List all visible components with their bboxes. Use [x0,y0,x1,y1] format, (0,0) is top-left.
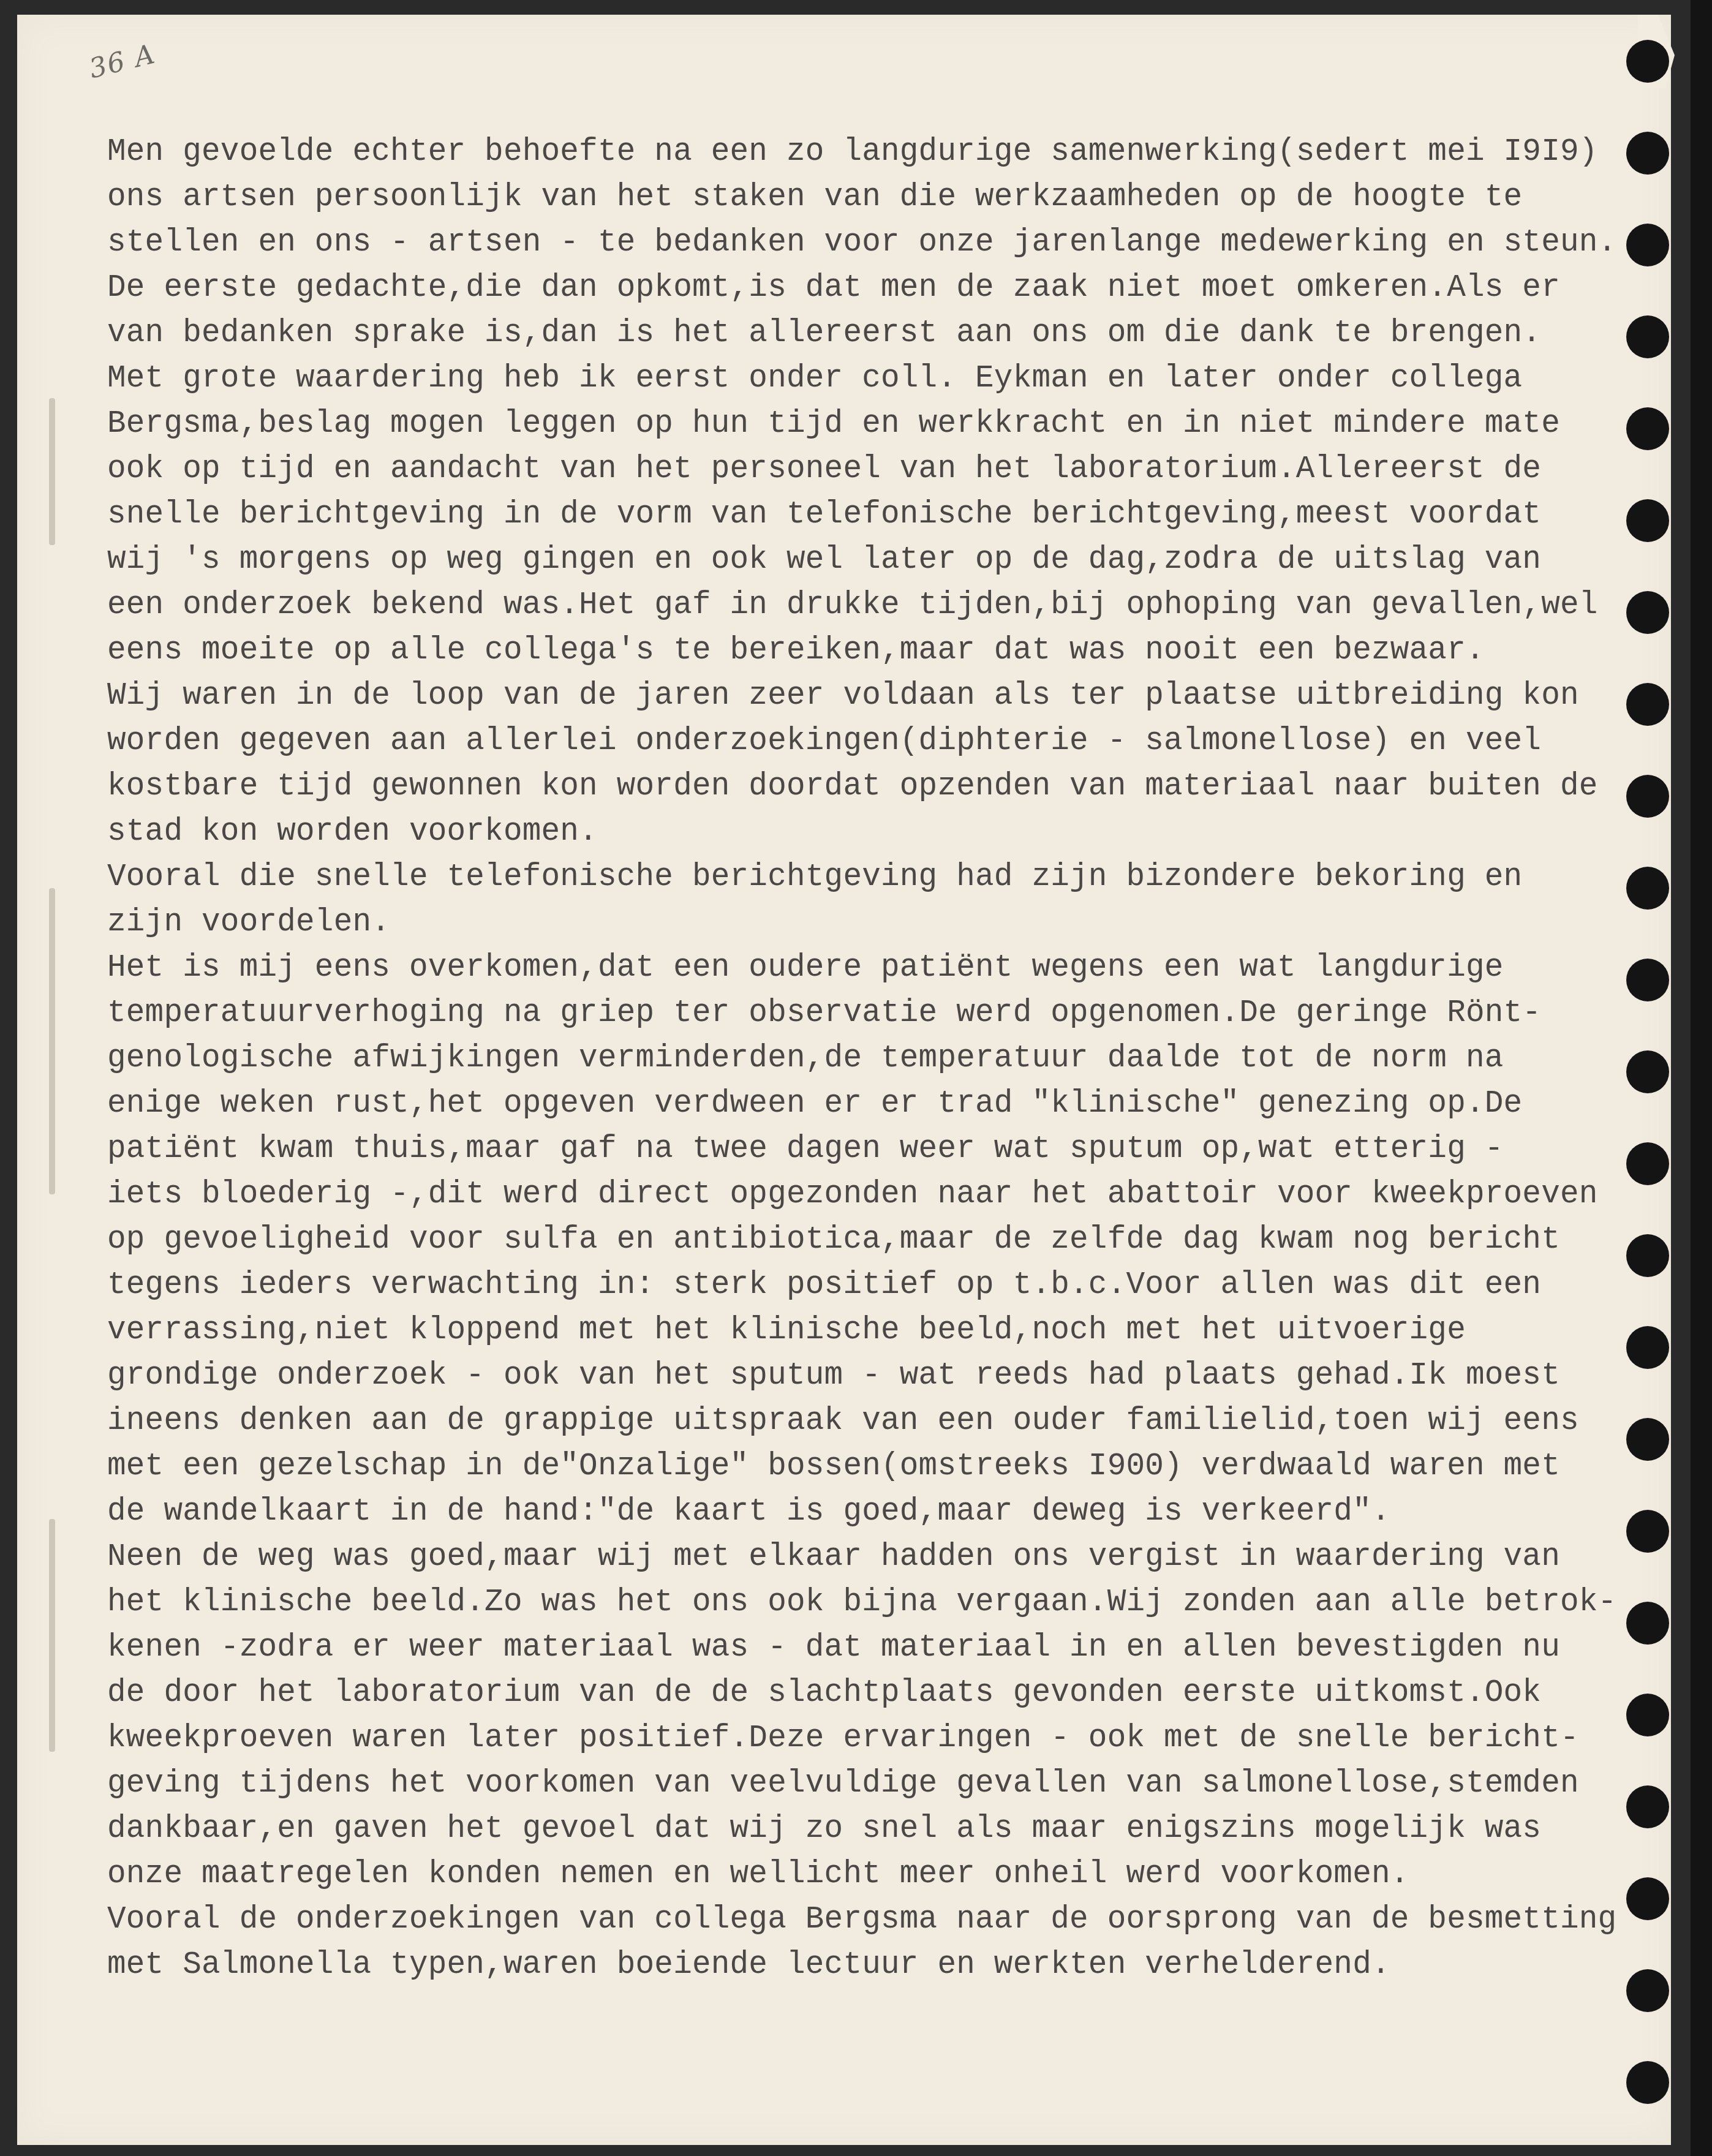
text-line: enige weken rust,het opgeven verdween er… [107,1082,1616,1127]
text-line: met Salmonella typen,waren boeiende lect… [107,1943,1616,1988]
text-line: Vooral de onderzoekingen van collega Ber… [107,1898,1616,1943]
text-line: ineens denken aan de grappige uitspraak … [107,1399,1616,1444]
punch-hole-icon [1626,1694,1669,1736]
text-line: wij 's morgens op weg gingen en ook wel … [107,538,1616,583]
punch-hole-icon [1626,683,1669,726]
text-line: genologische afwijkingen verminderden,de… [107,1036,1616,1082]
punch-hole-icon [1626,1510,1669,1553]
text-line: ons artsen persoonlijk van het staken va… [107,175,1616,221]
text-line: op gevoeligheid voor sulfa en antibiotic… [107,1218,1616,1263]
text-line: grondige onderzoek - ook van het sputum … [107,1354,1616,1399]
punch-hole-icon [1626,1050,1669,1093]
text-line: met een gezelschap in de"Onzalige" bosse… [107,1444,1616,1490]
text-line: Vooral die snelle telefonische berichtge… [107,855,1616,900]
page-edge-shadow [1691,0,1712,2156]
punch-hole-icon [1626,1234,1669,1277]
text-line: kenen -zodra er weer materiaal was - dat… [107,1626,1616,1671]
text-line: de door het laboratorium van de de slach… [107,1671,1616,1716]
text-line: het klinische beeld.Zo was het ons ook b… [107,1580,1616,1626]
text-line: een onderzoek bekend was.Het gaf in druk… [107,583,1616,628]
punch-hole-icon [1626,1785,1669,1828]
margin-smudge [49,888,55,1194]
typewritten-letter-body: Men gevoelde echter behoefte na een zo l… [107,130,1616,1988]
punch-hole-icon [1626,224,1669,266]
punch-hole-icon [1626,499,1669,542]
text-line: snelle berichtgeving in de vorm van tele… [107,492,1616,538]
punch-hole-icon [1626,1418,1669,1461]
scan-background: 36 A Men gevoelde echter behoefte na een… [0,0,1712,2156]
punch-hole-icon [1626,1142,1669,1185]
punch-hole-icon [1626,315,1669,358]
punch-hole-icon [1626,775,1669,818]
text-line: geving tijdens het voorkomen van veelvul… [107,1762,1616,1807]
text-line: onze maatregelen konden nemen en wellich… [107,1852,1616,1898]
text-line: kostbare tijd gewonnen kon worden doorda… [107,764,1616,810]
punch-hole-icon [1626,591,1669,634]
punch-hole-icon [1626,407,1669,450]
text-line: Wij waren in de loop van de jaren zeer v… [107,674,1616,719]
text-line: dankbaar,en gaven het gevoel dat wij zo … [107,1807,1616,1852]
punch-hole-icon [1626,959,1669,1001]
margin-smudge [49,398,55,545]
text-line: stellen en ons - artsen - te bedanken vo… [107,221,1616,266]
punch-hole-icon [1626,2061,1669,2104]
text-line: van bedanken sprake is,dan is het allere… [107,311,1616,356]
punch-hole-icon [1626,132,1669,175]
text-line: patiënt kwam thuis,maar gaf na twee dage… [107,1127,1616,1172]
text-line: Men gevoelde echter behoefte na een zo l… [107,130,1616,175]
text-line: temperatuurverhoging na griep ter observ… [107,991,1616,1036]
punch-hole-icon [1626,40,1669,83]
punch-hole-icon [1626,1969,1669,2012]
text-line: Het is mij eens overkomen,dat een oudere… [107,946,1616,991]
text-line: De eerste gedachte,die dan opkomt,is dat… [107,266,1616,311]
text-line: worden gegeven aan allerlei onderzoeking… [107,719,1616,764]
text-line: Met grote waardering heb ik eerst onder … [107,356,1616,402]
text-line: kweekproeven waren later positief.Deze e… [107,1716,1616,1762]
punch-hole-icon [1626,1602,1669,1645]
text-line: tegens ieders verwachting in: sterk posi… [107,1263,1616,1308]
text-line: zijn voordelen. [107,900,1616,946]
text-line: ook op tijd en aandacht van het personee… [107,447,1616,492]
text-line: stad kon worden voorkomen. [107,810,1616,855]
text-line: Bergsma,beslag mogen leggen op hun tijd … [107,402,1616,447]
punch-hole-icon [1626,1877,1669,1920]
text-line: de wandelkaart in de hand:"de kaart is g… [107,1490,1616,1535]
text-line: eens moeite op alle collega's te bereike… [107,628,1616,674]
margin-smudge [49,1519,55,1752]
punch-hole-icon [1626,867,1669,910]
text-line: Neen de weg was goed,maar wij met elkaar… [107,1535,1616,1580]
text-line: verrassing,niet kloppend met het klinisc… [107,1308,1616,1354]
text-line: iets bloederig -,dit werd direct opgezon… [107,1172,1616,1218]
punch-hole-icon [1626,1326,1669,1369]
